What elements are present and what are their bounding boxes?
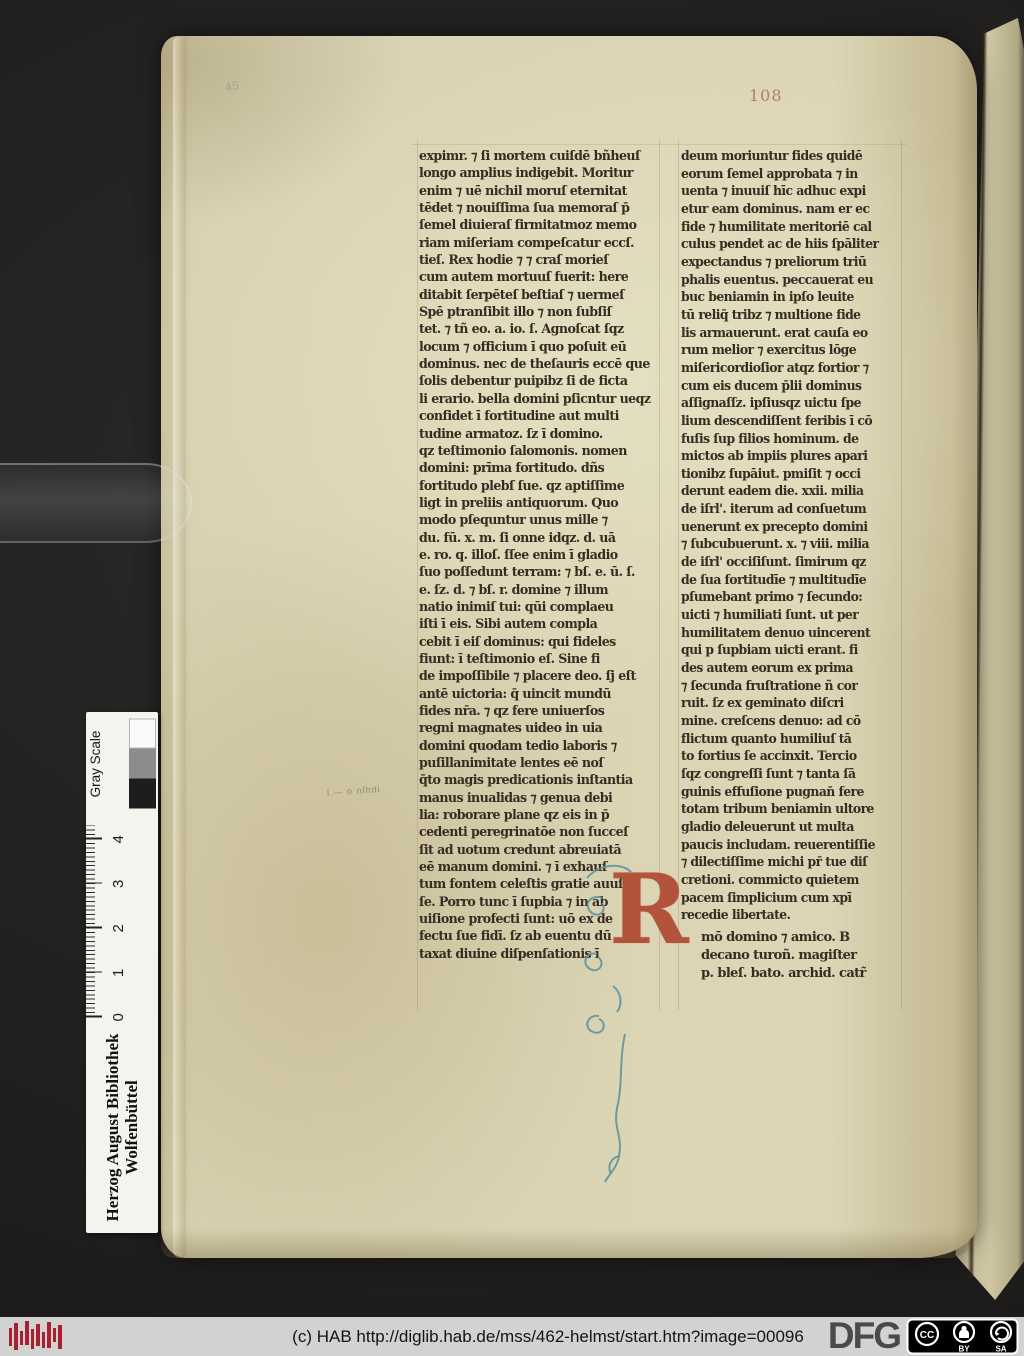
text-line: miſericordioſior atqz fortior ⁊ [681, 360, 898, 378]
text-line: culus pendet ac de hiis ſpāliter [681, 236, 898, 254]
text-line: pſumebant primo ⁊ ſecundo: [681, 589, 898, 607]
text-line: ſuo poſſedunt terram: ⁊ bſ. e. ū. ſ. [419, 564, 656, 581]
text-line: eorum ſemel approbata ⁊ in [681, 166, 898, 184]
text-line: du. fū. x. m. ſi onne idqz. d. uā [419, 530, 656, 547]
text-line: dominus. nec de theſauris eccē que [419, 356, 656, 373]
text-line: ſqz congreſſi ſunt ⁊ tanta ſā [681, 766, 898, 784]
credit-bar: (c) HAB http://diglib.hab.de/mss/462-hel… [0, 1317, 1024, 1356]
credit-text: (c) HAB http://diglib.hab.de/mss/462-hel… [292, 1327, 804, 1347]
text-line: antē uictoria: q̄ uincit mundū [419, 686, 656, 703]
text-line: li erario. bella domini pſicntur ueqz [419, 391, 656, 408]
text-line: des autem eorum ex prima [681, 660, 898, 678]
tick-label: 4 [110, 835, 127, 843]
minor-ticks [86, 825, 95, 1017]
cc-license-badge: CC BY SA [906, 1318, 1019, 1355]
text-line: phalis euentus. peccauerat eu [681, 272, 898, 290]
illuminated-initial: R [609, 862, 689, 958]
text-line: cedenti peregrinatōe non ſucceſ [419, 824, 656, 841]
folio-number: 108 [749, 86, 783, 105]
dfg-logo: DFG [828, 1315, 900, 1356]
text-line: rum melior ⁊ exercitus lōge [681, 342, 898, 360]
text-line: ligt in preliis antiquorum. Quo [419, 495, 656, 512]
hab-logo-icon [8, 1319, 64, 1354]
text-line: lia: roborare plane qz eis in p̄ [419, 807, 656, 824]
text-line: cretioni. commicto quietem [681, 872, 898, 890]
text-line: ⁊ ſubcubuerunt. x. ⁊ viii. milia [681, 536, 898, 554]
gray-scale-target: Gray Scale [86, 712, 158, 815]
sa-label: SA [995, 1345, 1006, 1354]
cc-icon: CC [920, 1330, 934, 1341]
text-line: de ſua fortitudīe ⁊ multitudīe [681, 572, 898, 590]
text-line: regni magnates uideo in uia [419, 720, 656, 737]
text-line: gladio deleuerunt ut multa [681, 819, 898, 837]
text-line: e. ro. q. illoſ. ſſee enim ī gladio [419, 547, 656, 564]
ruling-line [411, 144, 907, 145]
ruling-line [417, 140, 418, 1010]
text-line: de iſrl'. iterum ad conſuetum [681, 501, 898, 519]
text-line: paucis includam. reuerentiſſie [681, 837, 898, 855]
text-line: tū reliq̄ tribz ⁊ multione fide [681, 307, 898, 325]
text-line: etur eam dominus. nam er ec [681, 201, 898, 219]
text-line: e. ſz. d. ⁊ bſ. r. domine ⁊ illum [419, 582, 656, 599]
text-line: derunt eadem die. xxii. milia [681, 483, 898, 501]
page-holder-clamp [0, 463, 192, 543]
manuscript-page: 45 108 expimr. ⁊ ſi mortem cuiſdē bñheuſ… [161, 36, 977, 1258]
text-line: cum autem mortuuſ fuerit: here [419, 269, 656, 286]
text-line: manus inualidas ⁊ genua debi [419, 790, 656, 807]
text-line: humilitatem denuo uincerent [681, 625, 898, 643]
text-line: tet. ⁊ tñ eo. a. io. ſ. Agnoſcat ſqz [419, 321, 656, 338]
text-line: ſemel diuieraſ firmitatmoz memo [419, 217, 656, 234]
text-line: domini quodam tedio laboris ⁊ [419, 738, 656, 755]
text-line: cum eis ducem p̄lii dominus [681, 378, 898, 396]
tick-label: 1 [110, 968, 127, 976]
text-column-right: deum moriuntur fides quidēeorum ſemel ap… [681, 148, 905, 925]
text-line: de iſrl' occiſiſunt. ſimirum qz [681, 554, 898, 572]
by-label: BY [958, 1345, 970, 1354]
text-line: tionibz ſupāiut. pmiſit ⁊ occi [681, 466, 898, 484]
text-line: mō domino ⁊ amico. B [701, 929, 907, 947]
text-line: Spē ptranſibit illo ⁊ non ſubſiſ [419, 304, 656, 321]
text-line: deum moriuntur fides quidē [681, 148, 898, 166]
text-line: natio inimiſ tui: qūi complaeu [419, 599, 656, 616]
text-line: modo pſequntur unus mille ⁊ [419, 512, 656, 529]
text-line: uenerunt ex precepto domini [681, 519, 898, 537]
text-line: tieſ. Rex hodie ⁊ ⁊ craſ morieſ [419, 252, 656, 269]
cm-scale: 01234 [86, 815, 158, 1021]
text-line: ditabit ſerpēteſ beſtiaſ ⁊ uermeſ [419, 287, 656, 304]
text-line: qui p ſupbiam uicti erant. fi [681, 642, 898, 660]
text-line: uicti ⁊ humiliati ſunt. ut per [681, 607, 898, 625]
text-line: mine. creſcens denuo: ad cō [681, 713, 898, 731]
text-line: lium descendiſſent feribis ī cō [681, 413, 898, 431]
text-line: buc beniamin in ipſo leuite [681, 289, 898, 307]
text-line: fortitudo plebſ ſue. qz aptiſſime [419, 478, 656, 495]
institution-label: Herzog August Bibliothek Wolfenbüttel [86, 1021, 158, 1233]
text-line: q̄to magis predicationis inſtantia [419, 772, 656, 789]
gray-patch-white [129, 719, 156, 749]
text-line: ruit. ſz ex geminato diſcri [681, 695, 898, 713]
tick-label: 0 [110, 1013, 127, 1021]
text-line: tēdet ⁊ nouiſſima ſua memoraſ p̄ [419, 200, 656, 217]
text-line: enim ⁊ uē nichil moruſ eternitat [419, 183, 656, 200]
text-line: totam tribum beniamin ultore [681, 801, 898, 819]
text-line: to fortius ſe accinxit. Tercio [681, 748, 898, 766]
photo-background: 45 108 expimr. ⁊ ſi mortem cuiſdē bñheuſ… [0, 0, 1024, 1317]
text-line: ſolis debentur puipibz ſi de ficta [419, 373, 656, 390]
text-line: fide ⁊ humilitate meritoriē cal [681, 219, 898, 237]
text-column-left: expimr. ⁊ ſi mortem cuiſdē bñheuſlongo a… [419, 148, 663, 963]
text-line: fiunt: ī teſtimonio eſ. Sine fi [419, 651, 656, 668]
corner-mark: 45 [224, 79, 240, 94]
text-line: aſſignaſſz. ipſiusqz uictu ſpe [681, 395, 898, 413]
text-line: locum ⁊ officium ī quo poſuit eū [419, 339, 656, 356]
text-line: fides nr̄a. ⁊ qz fere uniuerſos [419, 703, 656, 720]
gray-patch-mid [129, 749, 156, 779]
text-line: flictum quanto humiliuſ tā [681, 731, 898, 749]
initial-paragraph: mō domino ⁊ amico. Bdecano turoñ. magiſt… [701, 929, 907, 984]
text-line: p. bleſ. bato. archid. catr̃ [701, 965, 907, 983]
text-line: decano turoñ. magiſter [701, 947, 907, 965]
digitized-manuscript-scan: 45 108 expimr. ⁊ ſi mortem cuiſdē bñheuſ… [0, 0, 1024, 1356]
text-line: lis armauerunt. erat cauſa eo [681, 325, 898, 343]
text-line: tudine armatoz. ſz ī domino. [419, 426, 656, 443]
text-line: expimr. ⁊ ſi mortem cuiſdē bñheuſ [419, 148, 656, 165]
text-line: riam miſeriam compeſcatur eccſ. [419, 235, 656, 252]
marginal-gloss: ſ.— o nſhdi [327, 784, 381, 798]
text-line: fuſis ſup filios hominum. de [681, 431, 898, 449]
text-line: ⁊ dilectiſſime michi pr̄ tue diſ [681, 854, 898, 872]
text-line: qz teſtimonio ſalomonis. nomen [419, 443, 656, 460]
text-line: guinis effuſione pugnan̄ fere [681, 784, 898, 802]
tick-label: 3 [110, 879, 127, 887]
text-line: iſti ī eis. Sibi autem compla [419, 616, 656, 633]
text-line: ⁊ ſecunda fruſtratione ñ cor [681, 678, 898, 696]
tick-label: 2 [110, 924, 127, 932]
text-line: recedie libertate. [681, 907, 898, 925]
gray-patch-black [129, 779, 156, 809]
text-line: confidet ī fortitudine aut multi [419, 408, 656, 425]
text-line: uenta ⁊ inuuiſ hīc adhuc expi [681, 183, 898, 201]
text-line: mictos ab impiis plures apari [681, 448, 898, 466]
color-scale-ruler: Herzog August Bibliothek Wolfenbüttel 01… [86, 712, 158, 1233]
text-line: puſillanimitate lentes eē noſ [419, 755, 656, 772]
text-line: pacem ſimplicium cum xpī [681, 890, 898, 908]
text-line: cebit ī eiſ dominus: qui fideles [419, 634, 656, 651]
text-line: de impoſſibile ⁊ placere deo. ſj eſt [419, 668, 656, 685]
text-line: longo amplius indigebit. Moritur [419, 165, 656, 182]
text-line: expectandus ⁊ preliorum triū [681, 254, 898, 272]
text-line: domini: prīma fortitudo. dñs [419, 460, 656, 477]
